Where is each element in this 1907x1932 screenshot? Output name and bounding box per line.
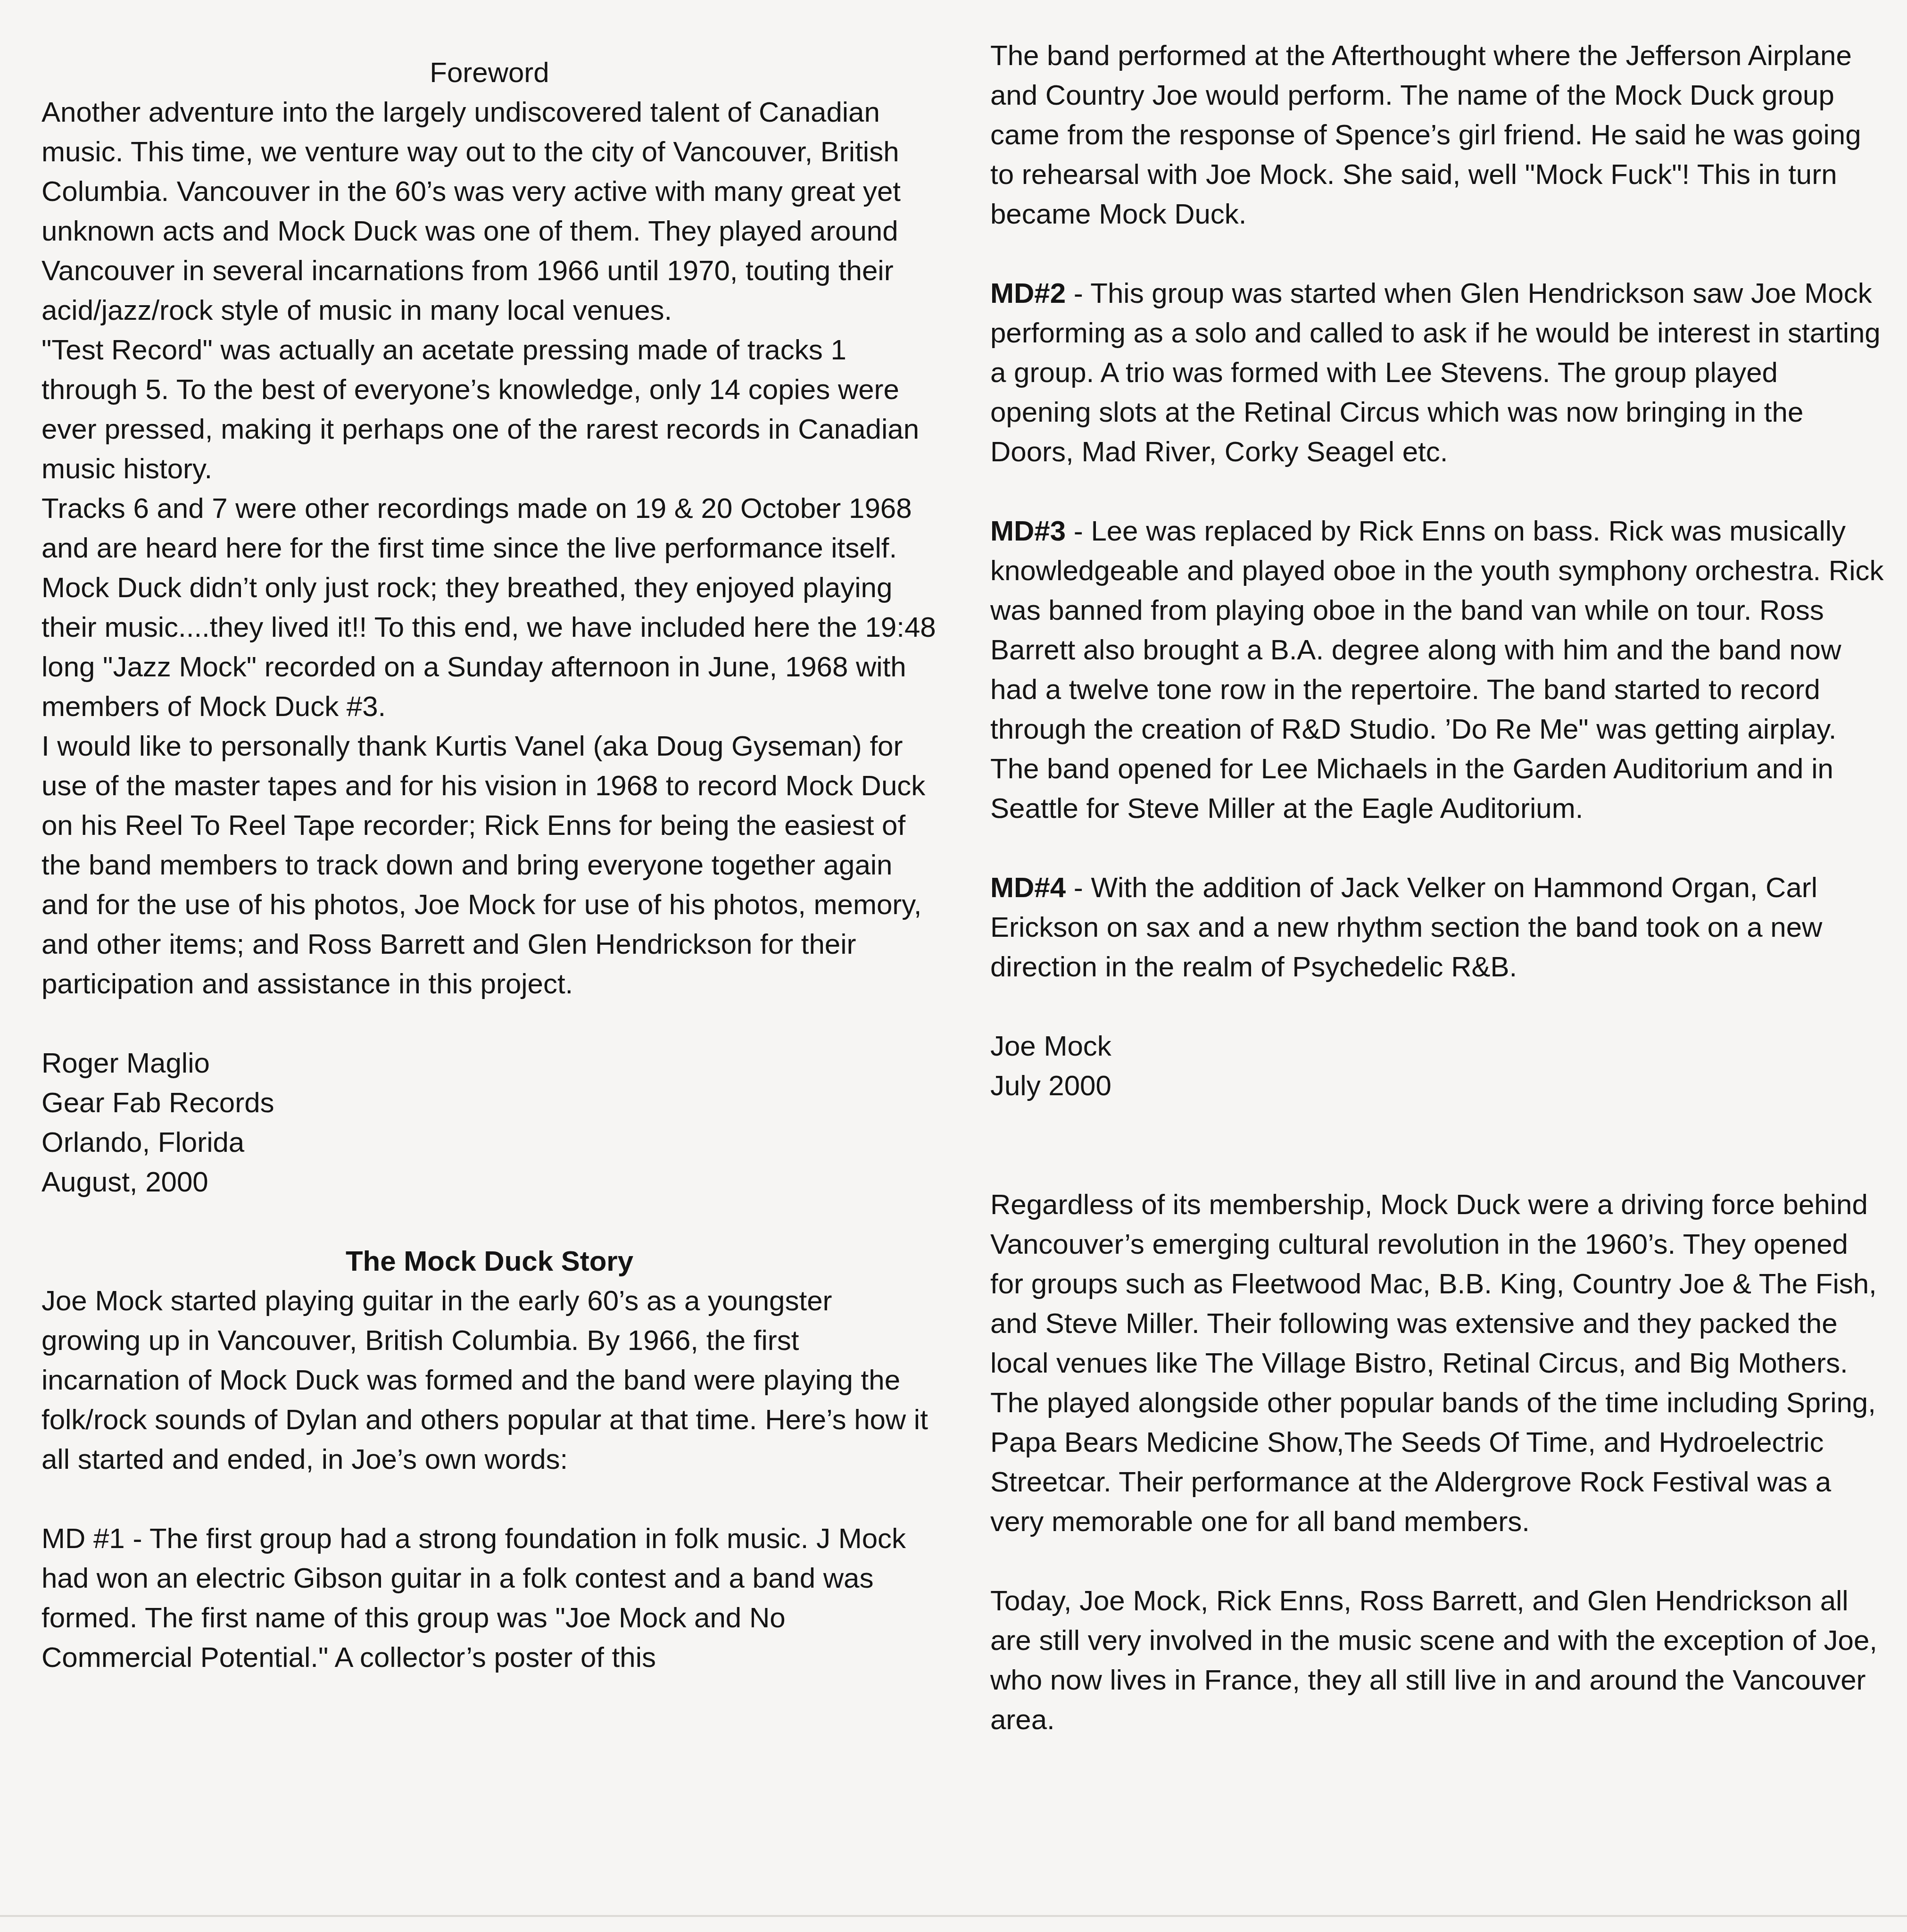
md1-continued: The band performed at the Afterthought w… [990,36,1886,234]
md2-paragraph: MD#2 - This group was started when Glen … [990,274,1886,472]
md2-text: - This group was started when Glen Hendr… [990,277,1881,467]
foreword-paragraph: Mock Duck didn’t only just rock; they br… [41,568,937,726]
signature-line: Gear Fab Records [41,1083,937,1123]
md4-text: - With the addition of Jack Velker on Ha… [990,872,1822,983]
page-edge [0,1915,1907,1917]
closing-paragraph: Today, Joe Mock, Rick Enns, Ross Barrett… [990,1581,1886,1740]
md3-paragraph: MD#3 - Lee was replaced by Rick Enns on … [990,511,1886,828]
closing-paragraph: Regardless of its membership, Mock Duck … [990,1185,1886,1541]
foreword-title: Foreword [41,53,937,92]
signature-line: Joe Mock [990,1026,1886,1066]
story-intro: Joe Mock started playing guitar in the e… [41,1281,937,1479]
story-signature: Joe Mock July 2000 [990,1026,1886,1106]
md2-label: MD#2 [990,277,1066,309]
md1-paragraph: MD #1 - The first group had a strong fou… [41,1519,937,1677]
foreword-paragraph: Another adventure into the largely undis… [41,92,937,330]
story-title: The Mock Duck Story [41,1241,937,1281]
right-column: The band performed at the Afterthought w… [990,36,1886,1740]
signature-line: July 2000 [990,1066,1886,1106]
signature-line: Roger Maglio [41,1043,937,1083]
signature-line: August, 2000 [41,1162,937,1202]
foreword-paragraph: Tracks 6 and 7 were other recordings mad… [41,489,937,568]
md4-label: MD#4 [990,872,1066,903]
foreword-paragraph: "Test Record" was actually an acetate pr… [41,330,937,489]
left-column: Foreword Another adventure into the larg… [41,53,937,1677]
foreword-signature: Roger Maglio Gear Fab Records Orlando, F… [41,1043,937,1202]
md4-paragraph: MD#4 - With the addition of Jack Velker … [990,868,1886,987]
md3-text: - Lee was replaced by Rick Enns on bass.… [990,515,1884,824]
foreword-paragraph: I would like to personally thank Kurtis … [41,726,937,1004]
md3-label: MD#3 [990,515,1066,547]
signature-line: Orlando, Florida [41,1123,937,1162]
